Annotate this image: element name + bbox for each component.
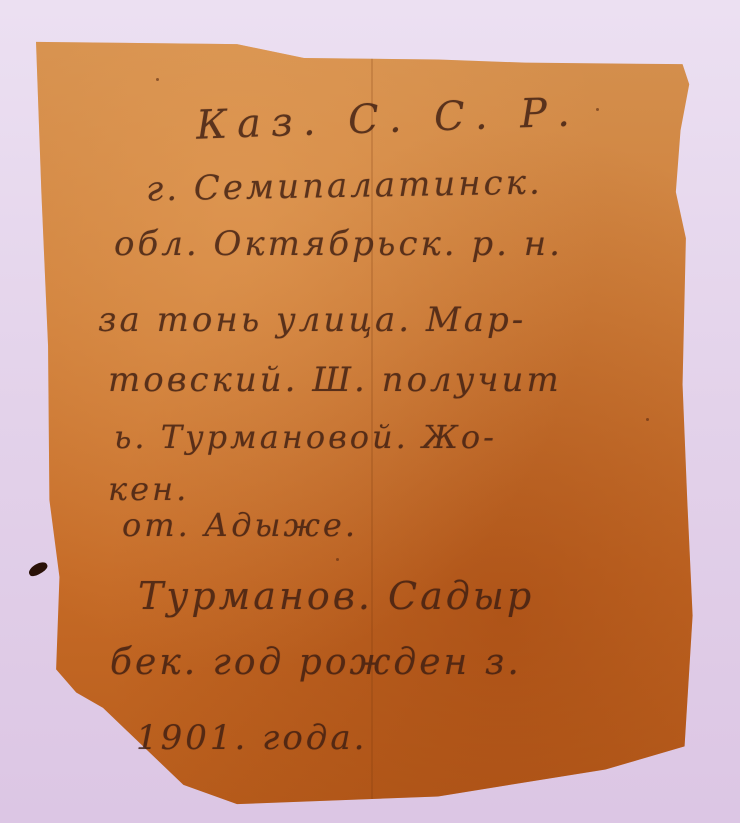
handwritten-text-block: Каз. С. С. Р. г. Семипалатинск. обл. Окт…	[36, 38, 706, 808]
handwritten-line-9: Турманов. Садыр	[138, 574, 534, 618]
handwritten-line-4: за тонь улица. Мар-	[98, 300, 526, 340]
handwritten-line-6: ь. Турмановой. Жо-	[114, 418, 497, 456]
handwritten-line-1: Каз. С. С. Р.	[195, 89, 580, 148]
handwritten-line-8: от. Адыже.	[122, 506, 358, 544]
handwritten-line-3: обл. Октябрьск. р. н.	[114, 224, 563, 264]
handwritten-line-10: бек. год рожден з.	[110, 642, 522, 683]
handwritten-line-7: кен.	[108, 470, 189, 508]
handwritten-line-2: г. Семипалатинск.	[146, 163, 543, 210]
handwritten-line-5: товский. Ш. получит	[108, 360, 562, 400]
handwritten-line-11: 1901. года.	[136, 718, 367, 758]
